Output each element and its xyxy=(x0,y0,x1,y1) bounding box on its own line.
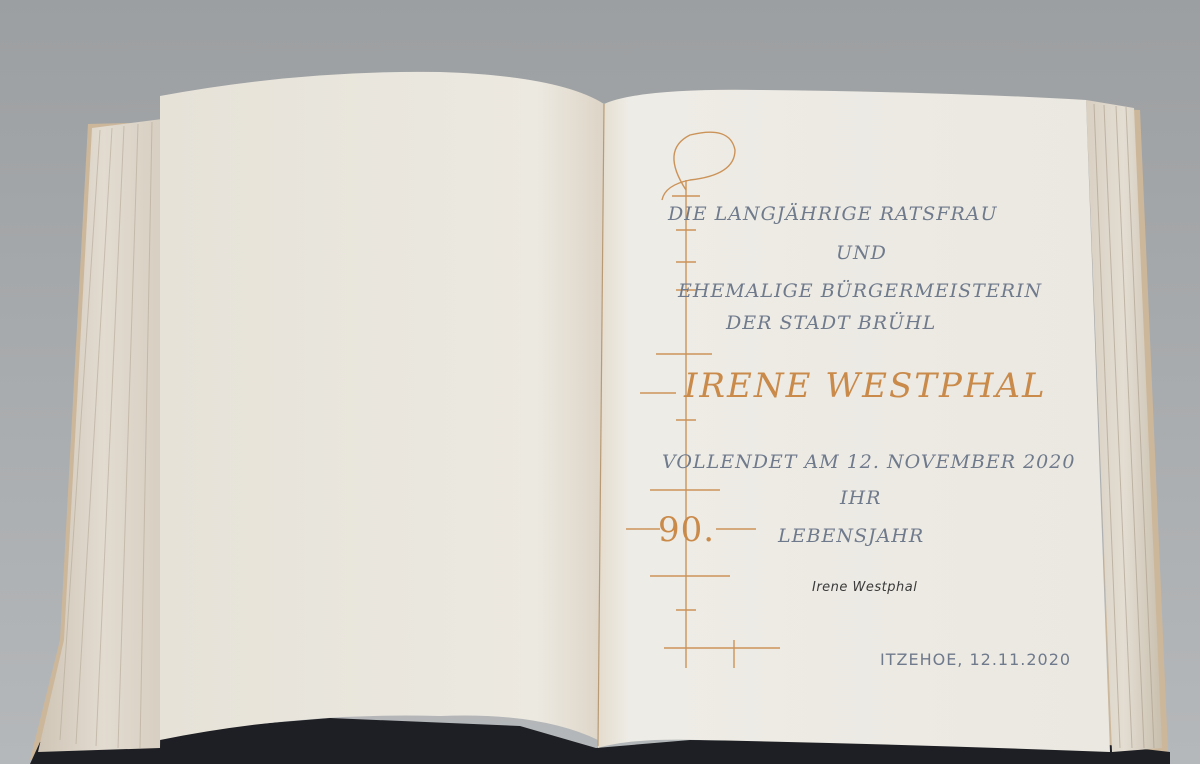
inscription-line-4: der Stadt Brühl xyxy=(726,312,936,334)
left-page xyxy=(160,72,604,740)
completed-line: vollendet am 12. November 2020 xyxy=(662,451,1075,473)
honoree-name: Irene Westphal xyxy=(684,366,1047,406)
ihr-line: ihr xyxy=(840,487,881,509)
inscription-line-3: ehemalige Bürgermeisterin xyxy=(678,280,1042,302)
inscription-line-1: Die langjährige Ratsfrau xyxy=(668,203,998,225)
lebensjahr-line: Lebensjahr xyxy=(778,525,924,547)
handwritten-signature: Irene Westphal xyxy=(812,580,917,595)
inscription-line-2: und xyxy=(836,242,887,264)
age-number: 90. xyxy=(658,510,715,550)
photo-scene: Die langjährige Ratsfrau und ehemalige B… xyxy=(0,0,1200,764)
place-and-date: Itzehoe, 12.11.2020 xyxy=(880,650,1071,669)
